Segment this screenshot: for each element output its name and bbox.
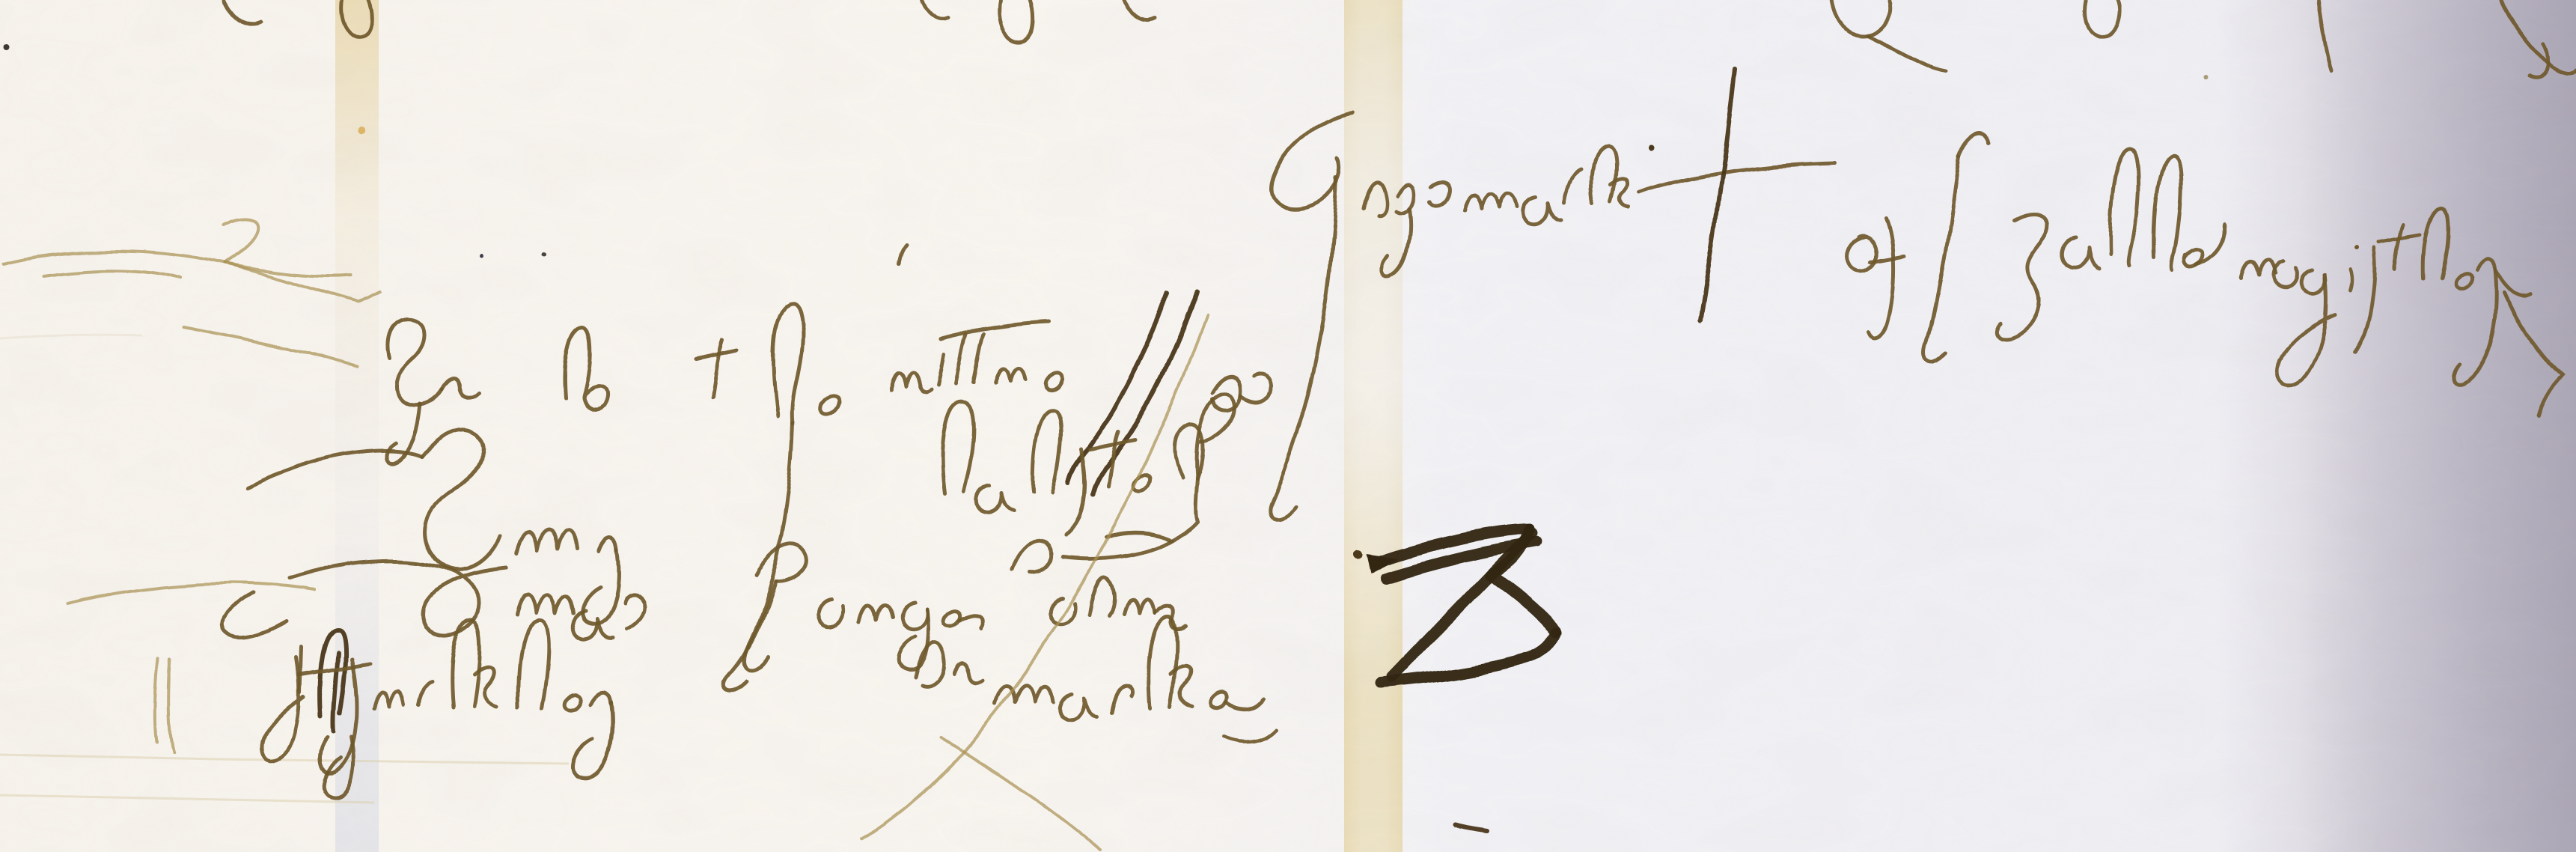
manuscript-photo [0, 0, 2576, 852]
paper-grain [0, 0, 2576, 852]
manuscript-canvas [0, 0, 2576, 852]
